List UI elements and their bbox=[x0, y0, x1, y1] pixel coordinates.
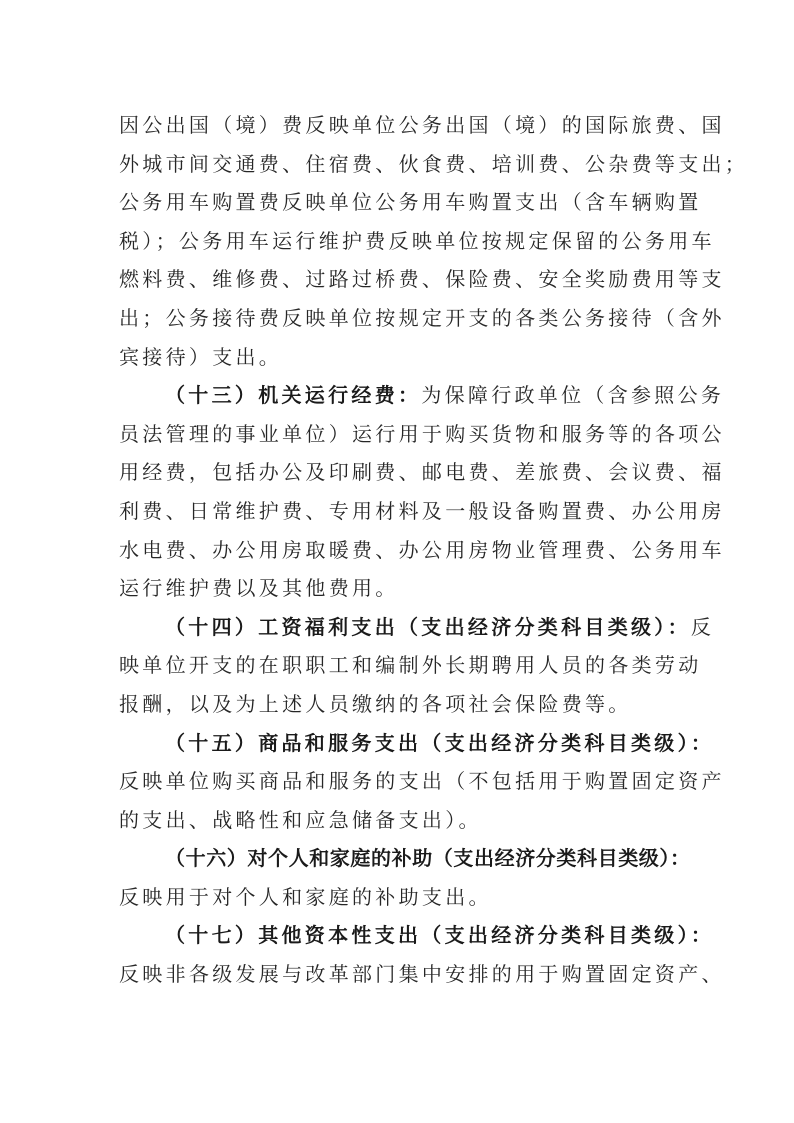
text-fragment: 反 bbox=[691, 615, 714, 639]
text-line: 水电费、办公用房取暖费、办公用房物业管理费、公务用车 bbox=[119, 531, 679, 570]
text-line: 员法管理的事业单位）运行用于购买货物和服务等的各项公 bbox=[119, 415, 679, 454]
text-line-first: （十七）其他资本性支出（支出经济分类科目类级）： bbox=[119, 916, 679, 955]
text-line: 映单位开支的在职职工和编制外长期聘用人员的各类劳动 bbox=[119, 646, 679, 685]
text-line: 反映单位购买商品和服务的支出（不包括用于购置固定资产 bbox=[119, 762, 679, 801]
text-line: 运行维护费以及其他费用。 bbox=[119, 569, 679, 608]
text-line-first: （十四）工资福利支出（支出经济分类科目类级）：反 bbox=[119, 608, 679, 647]
text-line: 的支出、战略性和应急储备支出）。 bbox=[119, 801, 679, 840]
text-line-first: （十六）对个人和家庭的补助（支出经济分类科目类级）： bbox=[119, 839, 679, 878]
text-fragment: 为保障行政单位（含参照公务 bbox=[421, 383, 724, 407]
section-heading-13: （十三）机关运行经费： bbox=[165, 383, 421, 407]
text-line: 反映用于对个人和家庭的补助支出。 bbox=[119, 878, 679, 917]
paragraph-public-funds-continuation: 因公出国（境）费反映单位公务出国（境）的国际旅费、国 外城市间交通费、住宿费、伙… bbox=[119, 106, 679, 376]
paragraph-16-household-subsidies: （十六）对个人和家庭的补助（支出经济分类科目类级）： 反映用于对个人和家庭的补助… bbox=[119, 839, 679, 916]
text-line: 反映非各级发展与改革部门集中安排的用于购置固定资产、 bbox=[119, 955, 679, 994]
text-line: 用经费，包括办公及印刷费、邮电费、差旅费、会议费、福 bbox=[119, 453, 679, 492]
text-line: 因公出国（境）费反映单位公务出国（境）的国际旅费、国 bbox=[119, 106, 679, 145]
section-heading-14: （十四）工资福利支出（支出经济分类科目类级）： bbox=[165, 615, 691, 639]
paragraph-13-agency-operating-funds: （十三）机关运行经费：为保障行政单位（含参照公务 员法管理的事业单位）运行用于购… bbox=[119, 376, 679, 608]
text-line: 出；公务接待费反映单位按规定开支的各类公务接待（含外 bbox=[119, 299, 679, 338]
text-line: 公务用车购置费反映单位公务用车购置支出（含车辆购置 bbox=[119, 183, 679, 222]
section-heading-15: （十五）商品和服务支出（支出经济分类科目类级）： bbox=[165, 731, 714, 755]
text-line: 宾接待）支出。 bbox=[119, 338, 679, 377]
text-line-first: （十三）机关运行经费：为保障行政单位（含参照公务 bbox=[119, 376, 679, 415]
document-page: 因公出国（境）费反映单位公务出国（境）的国际旅费、国 外城市间交通费、住宿费、伙… bbox=[119, 106, 679, 994]
text-line: 外城市间交通费、住宿费、伙食费、培训费、公杂费等支出； bbox=[119, 145, 679, 184]
text-line: 报酬，以及为上述人员缴纳的各项社会保险费等。 bbox=[119, 685, 679, 724]
text-line: 燃料费、维修费、过路过桥费、保险费、安全奖励费用等支 bbox=[119, 260, 679, 299]
paragraph-15-goods-services: （十五）商品和服务支出（支出经济分类科目类级）： 反映单位购买商品和服务的支出（… bbox=[119, 724, 679, 840]
section-heading-16: （十六）对个人和家庭的补助（支出经济分类科目类级）： bbox=[165, 846, 691, 870]
paragraph-17-other-capital-expenditure: （十七）其他资本性支出（支出经济分类科目类级）： 反映非各级发展与改革部门集中安… bbox=[119, 916, 679, 993]
section-heading-17: （十七）其他资本性支出（支出经济分类科目类级）： bbox=[165, 923, 714, 947]
text-line: 利费、日常维护费、专用材料及一般设备购置费、办公用房 bbox=[119, 492, 679, 531]
paragraph-14-wages-welfare: （十四）工资福利支出（支出经济分类科目类级）：反 映单位开支的在职职工和编制外长… bbox=[119, 608, 679, 724]
text-line: 税）；公务用车运行维护费反映单位按规定保留的公务用车 bbox=[119, 222, 679, 261]
text-line-first: （十五）商品和服务支出（支出经济分类科目类级）： bbox=[119, 724, 679, 763]
